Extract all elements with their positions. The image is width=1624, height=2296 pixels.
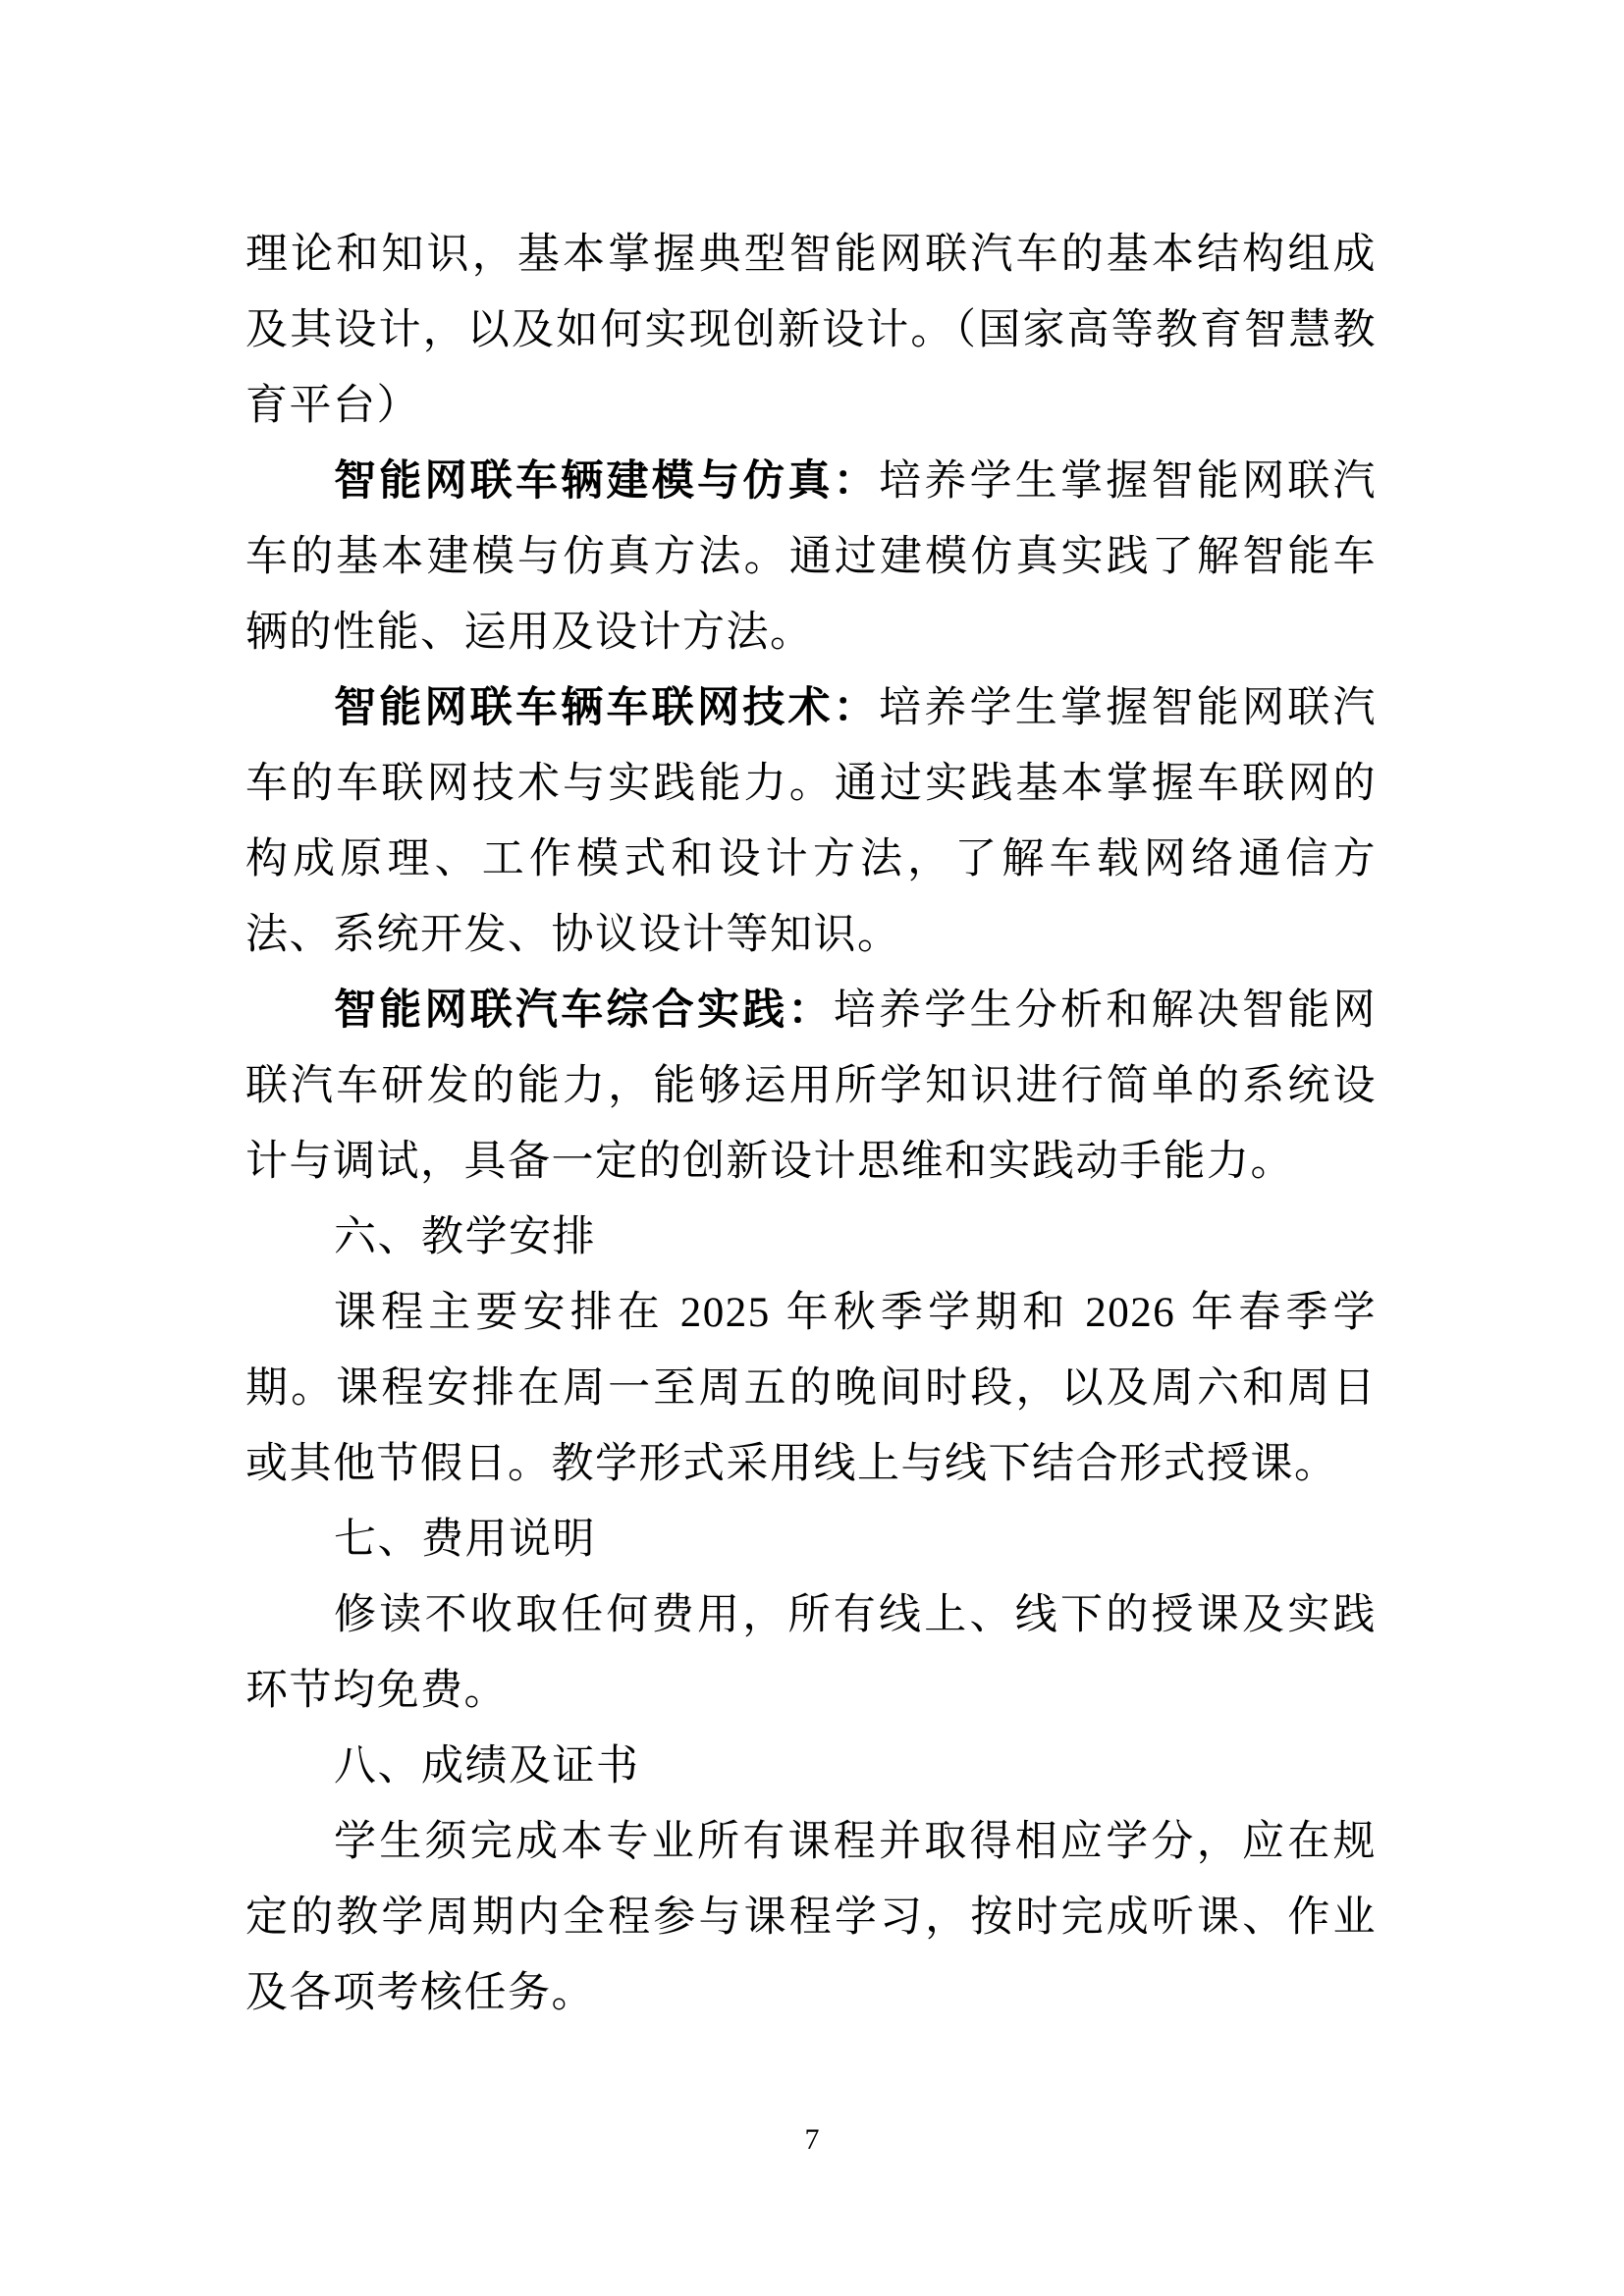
section-paragraph-fees: 修读不收取任何费用，所有线上、线下的授课及实践环节均免费。 bbox=[245, 1577, 1377, 1729]
course-paragraph-comprehensive-practice: 智能网联汽车综合实践：培养学生分析和解决智能网联汽车研发的能力，能够运用所学知识… bbox=[245, 973, 1377, 1200]
course-title-iov-technology: 智能网联车辆车联网技术： bbox=[334, 684, 879, 731]
document-page: 理论和知识，基本掌握典型智能网联汽车的基本结构组成及其设计，以及如何实现创新设计… bbox=[0, 0, 1624, 2296]
paragraph-continuation: 理论和知识，基本掌握典型智能网联汽车的基本结构组成及其设计，以及如何实现创新设计… bbox=[245, 217, 1377, 444]
course-title-modeling-simulation: 智能网联车辆建模与仿真： bbox=[334, 457, 879, 505]
course-paragraph-iov-technology: 智能网联车辆车联网技术：培养学生掌握智能网联汽车的车联网技术与实践能力。通过实践… bbox=[245, 670, 1377, 973]
section-paragraph-grades-certificate: 学生须完成本专业所有课程并取得相应学分，应在规定的教学周期内全程参与课程学习，按… bbox=[245, 1804, 1377, 2031]
section-heading-fees: 七、费用说明 bbox=[245, 1502, 1377, 1577]
paragraph-continuation-text: 理论和知识，基本掌握典型智能网联汽车的基本结构组成及其设计，以及如何实现创新设计… bbox=[245, 232, 1377, 429]
page-number: 7 bbox=[0, 2120, 1624, 2160]
section-heading-grades-certificate: 八、成绩及证书 bbox=[245, 1729, 1377, 1804]
section-heading-teaching-schedule: 六、教学安排 bbox=[245, 1200, 1377, 1275]
course-paragraph-modeling-simulation: 智能网联车辆建模与仿真：培养学生掌握智能网联汽车的基本建模与仿真方法。通过建模仿… bbox=[245, 444, 1377, 670]
course-title-comprehensive-practice: 智能网联汽车综合实践： bbox=[334, 987, 834, 1034]
section-paragraph-teaching-schedule: 课程主要安排在 2025 年秋季学期和 2026 年春季学期。课程安排在周一至周… bbox=[245, 1275, 1377, 1502]
document-body: 理论和知识，基本掌握典型智能网联汽车的基本结构组成及其设计，以及如何实现创新设计… bbox=[245, 217, 1377, 2031]
